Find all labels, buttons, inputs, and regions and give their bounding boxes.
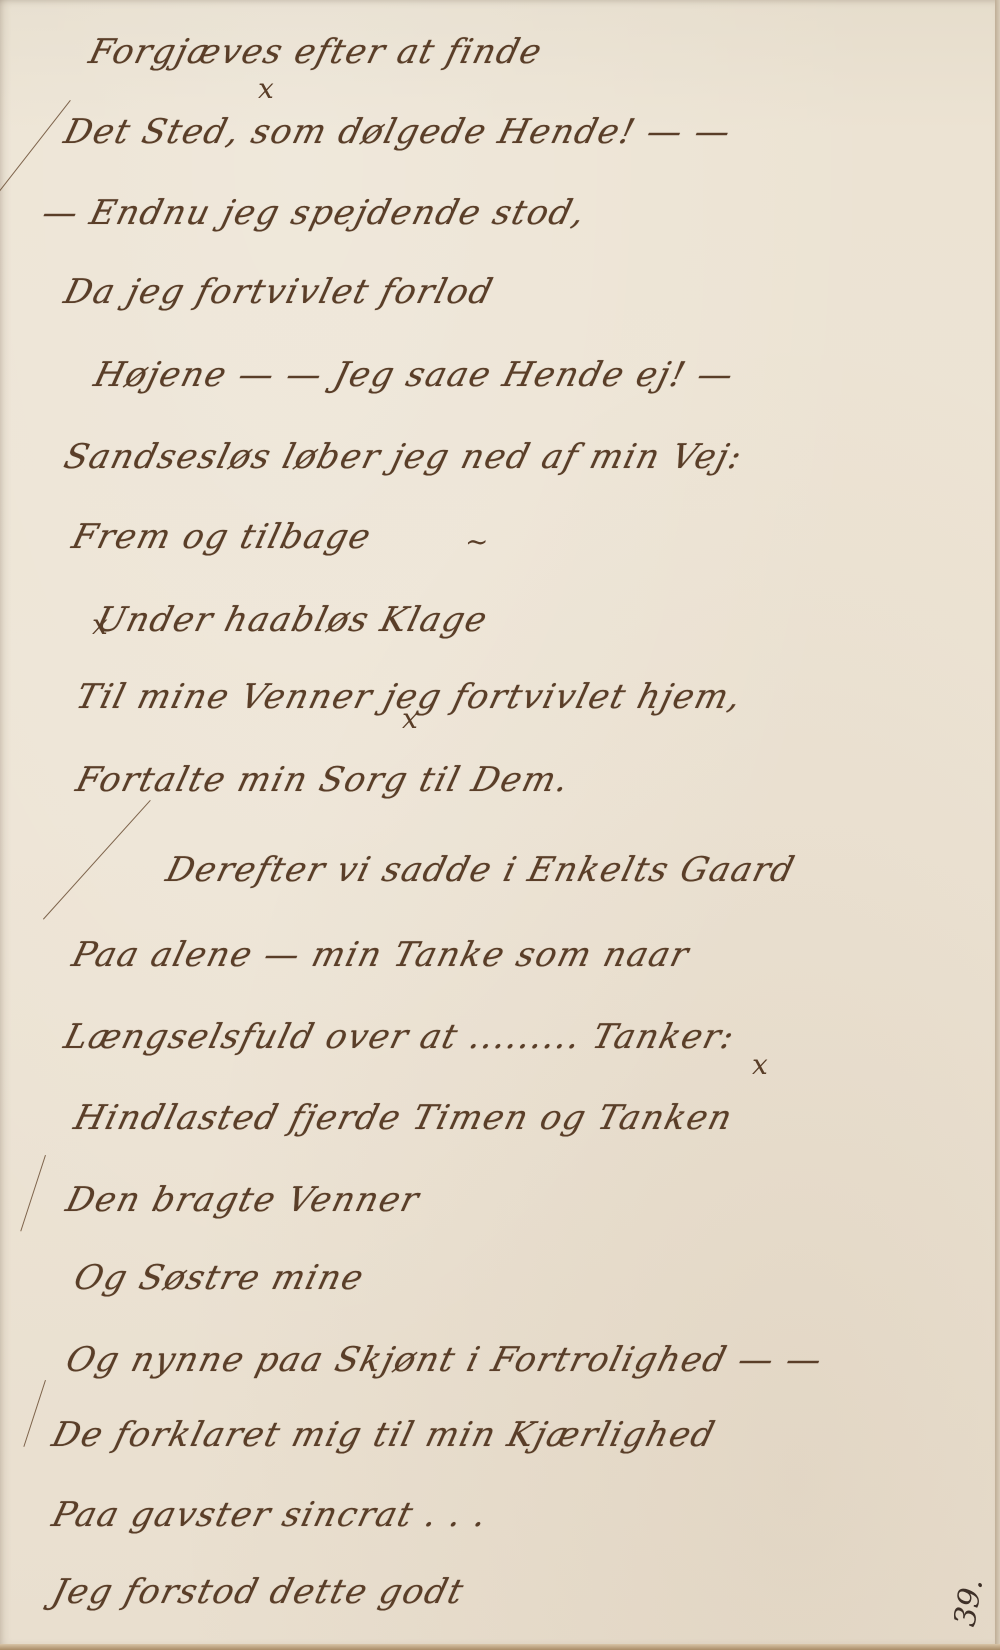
manuscript-line-8: Under haabløs Klage [92, 600, 492, 640]
manuscript-line-18: De forklaret mig til min Kjærlighed [48, 1415, 720, 1455]
page-number: 39. [947, 1576, 990, 1629]
manuscript-line-3: — Endnu jeg spejdende stod, [38, 193, 590, 233]
flourish-stroke [43, 800, 151, 920]
manuscript-page: x ~ x x x Forgjæves efter at finde Det S… [0, 0, 995, 1644]
flourish-stroke [23, 1380, 46, 1447]
manuscript-line-15: Den bragte Venner [62, 1180, 424, 1220]
manuscript-line-20: Jeg forstod dette godt [48, 1572, 469, 1612]
manuscript-line-6: Sandsesløs løber jeg ned af min Vej: [60, 437, 747, 477]
manuscript-line-19: Paa gavster sincrat . . . [48, 1495, 492, 1535]
flourish-stroke [20, 1155, 46, 1231]
manuscript-line-9: Til mine Venner jeg fortvivlet hjem, [72, 677, 746, 717]
manuscript-line-5: Højene — — Jeg saae Hende ej! — [90, 355, 738, 395]
page-edge-right [995, 0, 1000, 1650]
x-mark: x [752, 1048, 768, 1081]
manuscript-line-13: Længselsfuld over at ......... Tanker: [60, 1017, 739, 1057]
page-edge-bottom [0, 1644, 1000, 1650]
manuscript-line-16: Og Søstre mine [70, 1258, 369, 1298]
manuscript-line-7: Frem og tilbage [68, 517, 376, 557]
manuscript-line-17: Og nynne paa Skjønt i Fortrolighed — — [62, 1340, 827, 1380]
manuscript-line-11: Derefter vi sadde i Enkelts Gaard [162, 850, 799, 890]
manuscript-line-4: Da jeg fortvivlet forlod [60, 272, 498, 312]
manuscript-line-14: Hindlasted fjerde Timen og Tanken [70, 1098, 737, 1138]
manuscript-line-1: Forgjæves efter at finde [85, 32, 547, 72]
tilde-mark: ~ [465, 525, 488, 558]
manuscript-line-10: Fortalte min Sorg til Dem. [72, 760, 574, 800]
x-mark: x [258, 72, 274, 105]
manuscript-line-12: Paa alene — min Tanke som naar [68, 935, 694, 975]
manuscript-line-2: Det Sted, som dølgede Hende! — — [60, 112, 736, 152]
